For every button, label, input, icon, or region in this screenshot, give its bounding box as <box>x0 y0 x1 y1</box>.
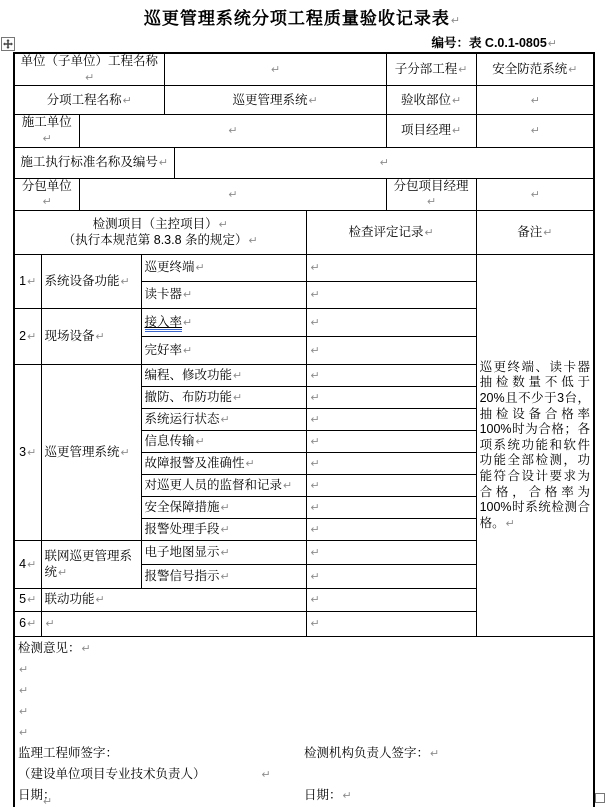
acceptance-form-table: 单位（子单位）工程名称↵ ↵ 子分部工程↵ 安全防范系统↵ 分项工程名称↵ 巡更… <box>13 52 595 807</box>
check-item: 对巡更人员的监督和记录↵ <box>141 475 306 497</box>
record-cell[interactable]: ↵ <box>306 541 476 565</box>
record-cell[interactable]: ↵ <box>306 519 476 541</box>
record-cell[interactable]: ↵ <box>306 387 476 409</box>
record-cell[interactable]: ↵ <box>306 431 476 453</box>
check-item: 完好率↵ <box>141 337 306 365</box>
inspection-opinion-cell[interactable]: 检测意见：↵ ↵ ↵ ↵ ↵ 监理工程师签字： 检测机构负责人签字：↵ （建设单… <box>14 637 594 807</box>
unit-project-name-label: 单位（子单位）工程名称↵ <box>14 53 164 86</box>
constructor-value[interactable]: ↵ <box>79 115 386 147</box>
unit-project-name-value[interactable]: ↵ <box>164 53 386 86</box>
record-header: 检查评定记录↵ <box>306 211 476 255</box>
acceptance-part-label: 验收部位↵ <box>386 86 476 115</box>
category-system-equipment: 系统设备功能↵ <box>41 255 141 309</box>
doc-number: 编号：表 C.0.1-0805↵ <box>431 33 557 51</box>
record-cell[interactable]: ↵ <box>306 409 476 431</box>
record-cell[interactable]: ↵ <box>306 612 476 637</box>
record-cell[interactable]: ↵ <box>306 589 476 612</box>
check-item: 报警处理手段↵ <box>141 519 306 541</box>
record-cell[interactable]: ↵ <box>306 282 476 309</box>
check-item: 巡更终端↵ <box>141 255 306 282</box>
check-item: 信息传输↵ <box>141 431 306 453</box>
acceptance-part-value[interactable]: ↵ <box>476 86 594 115</box>
item-project-name-label: 分项工程名称↵ <box>14 86 164 115</box>
check-item: 编程、修改功能↵ <box>141 365 306 387</box>
remark-header: 备注↵ <box>476 211 594 255</box>
sub-division-label: 子分部工程↵ <box>386 53 476 86</box>
constructor-label: 施工单位↵ <box>14 115 79 147</box>
row-number: 1↵ <box>14 255 41 309</box>
subcontractor-value[interactable]: ↵ <box>79 178 386 210</box>
supervisor-sign-label: 监理工程师签字： <box>18 746 118 760</box>
page-title: 巡更管理系统分项工程质量验收记录表↵ <box>0 4 605 29</box>
sub-project-manager-value[interactable]: ↵ <box>476 178 594 210</box>
check-item: 读卡器↵ <box>141 282 306 309</box>
table-move-handle-icon[interactable] <box>1 37 15 51</box>
row-number: 6↵ <box>14 612 41 637</box>
pilcrow-mark: ↵ <box>42 795 52 807</box>
row-number: 5↵ <box>14 589 41 612</box>
category-linkage-function: 联动功能↵ <box>41 589 306 612</box>
standard-name-label: 施工执行标准名称及编号↵ <box>14 147 174 178</box>
check-item: 系统运行状态↵ <box>141 409 306 431</box>
row-number: 4↵ <box>14 541 41 589</box>
opinion-label: 检测意见： <box>18 641 81 655</box>
record-cell[interactable]: ↵ <box>306 309 476 337</box>
row-number: 2↵ <box>14 309 41 365</box>
check-item: 撤防、布防功能↵ <box>141 387 306 409</box>
four-way-arrow-icon <box>3 39 13 49</box>
record-cell[interactable]: ↵ <box>306 255 476 282</box>
pilcrow-mark: ↵ <box>547 38 557 50</box>
record-cell[interactable]: ↵ <box>306 475 476 497</box>
check-items-header: 检测项目（主控项目）↵ （执行本规范第 8.3.8 条的规定）↵ <box>14 211 306 255</box>
subcontractor-label: 分包单位↵ <box>14 178 79 210</box>
record-cell[interactable]: ↵ <box>306 365 476 387</box>
standard-name-value[interactable]: ↵ <box>174 147 594 178</box>
check-item-underlined: 接入率↵ <box>141 309 306 337</box>
row-number: 3↵ <box>14 365 41 541</box>
project-manager-label: 项目经理↵ <box>386 115 476 147</box>
category-site-equipment: 现场设备↵ <box>41 309 141 365</box>
check-item: 安全保障措施↵ <box>141 497 306 519</box>
record-cell[interactable]: ↵ <box>306 337 476 365</box>
sub-project-manager-label: 分包项目经理↵ <box>386 178 476 210</box>
empty-category-cell[interactable]: ↵ <box>41 612 306 637</box>
record-cell[interactable]: ↵ <box>306 565 476 589</box>
check-item: 电子地图显示↵ <box>141 541 306 565</box>
pilcrow-mark: ↵ <box>450 15 461 27</box>
date-right-label: 日期： <box>304 788 342 802</box>
agency-sign-label: 检测机构负责人签字： <box>304 746 429 760</box>
remark-text: 巡更终端、读卡器抽检数量不低于20%且不少于3台，抽检设备合格率100%时为合格… <box>476 255 594 637</box>
category-networked-patrol-system: 联网巡更管理系统↵ <box>41 541 141 589</box>
sub-division-value: 安全防范系统↵ <box>476 53 594 86</box>
record-cell[interactable]: ↵ <box>306 497 476 519</box>
table-resize-handle[interactable] <box>595 793 605 803</box>
check-item: 报警信号指示↵ <box>141 565 306 589</box>
category-patrol-mgmt-system: 巡更管理系统↵ <box>41 365 141 541</box>
owner-note: （建设单位项目专业技术负责人） <box>18 767 206 781</box>
project-manager-value[interactable]: ↵ <box>476 115 594 147</box>
check-item: 故障报警及准确性↵ <box>141 453 306 475</box>
item-project-name-value: 巡更管理系统↵ <box>164 86 386 115</box>
record-cell[interactable]: ↵ <box>306 453 476 475</box>
